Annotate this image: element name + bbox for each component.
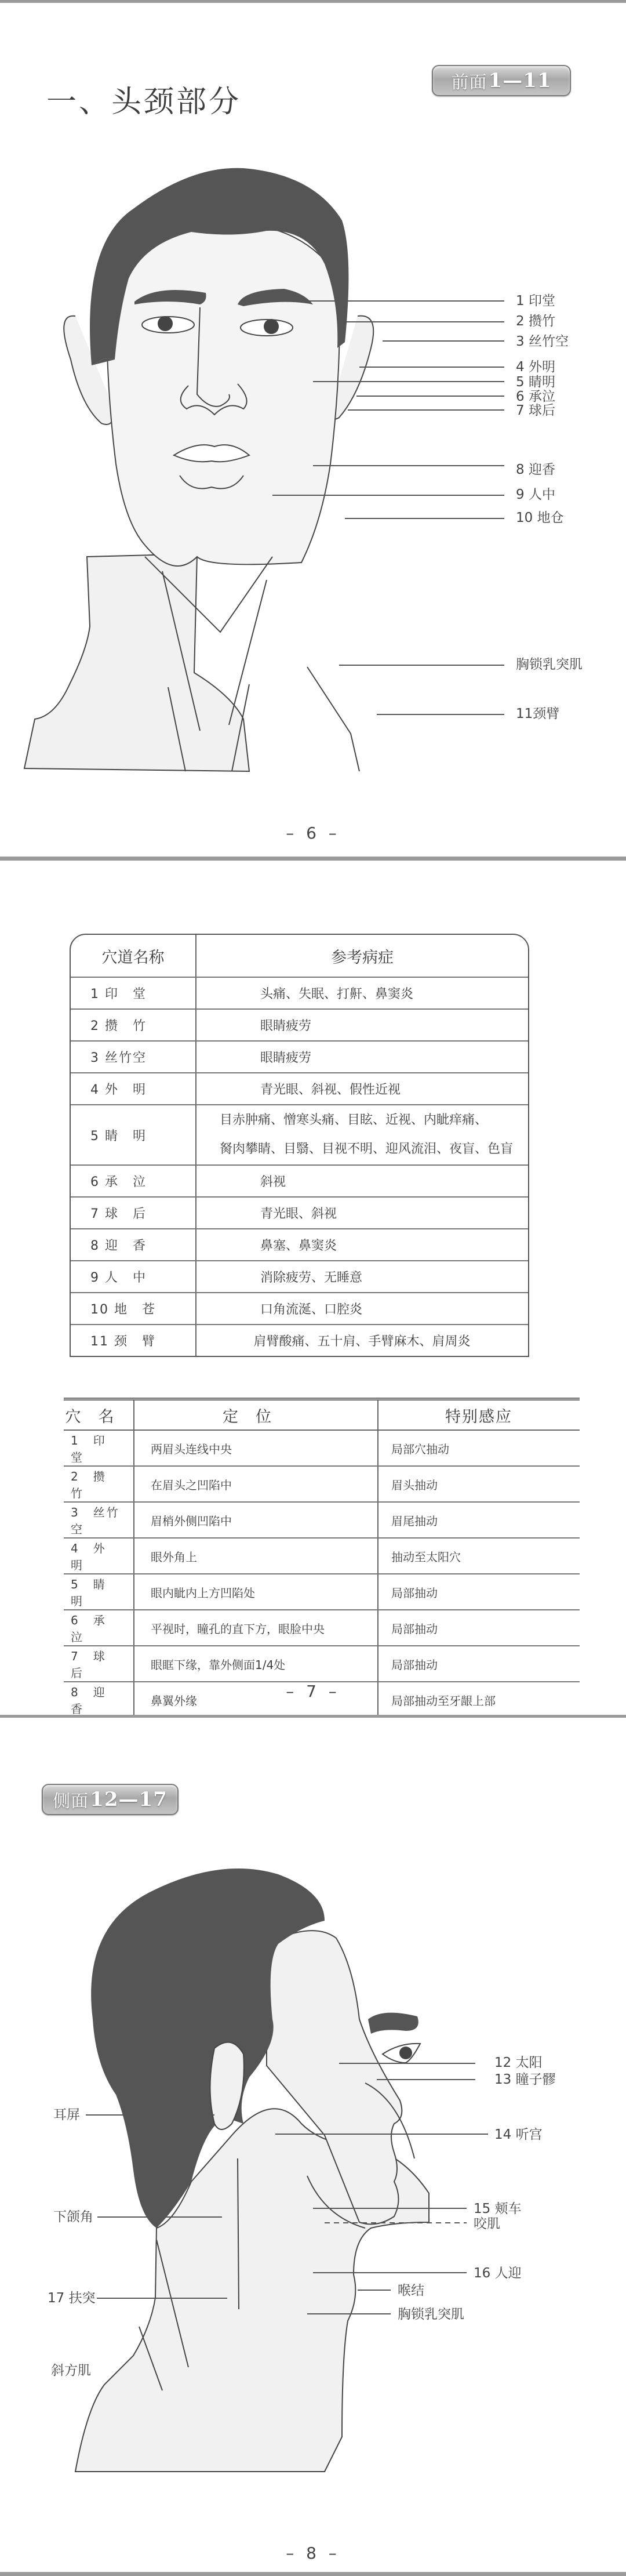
leader-line: [359, 367, 504, 368]
point-name: 5 睛 明: [71, 1105, 196, 1165]
table-row: 7 球 后眼眶下缘，靠外侧面1/4处局部抽动: [64, 1646, 580, 1682]
sensation: 抽动至太阳穴: [378, 1538, 580, 1574]
symptoms-line-1: 目赤肿痛、憎寒头痛、目眩、近视、内眦痒痛、: [220, 1106, 527, 1135]
column-header-point: 穴名: [64, 1401, 134, 1430]
location: 眼内眦内上方凹陷处: [134, 1574, 378, 1610]
point-name: 7 球 后: [64, 1646, 134, 1682]
leader-line: [313, 2272, 467, 2273]
leader-line: [345, 518, 504, 519]
point-label-1: 1 印堂: [516, 295, 555, 308]
reference-symptoms-table: 穴道名称 参考病症 1 印 堂头痛、失眠、打鼾、鼻窦炎 2 攒 竹眼睛疲劳 3 …: [70, 934, 529, 1357]
point-name: 4 外 明: [64, 1538, 134, 1574]
page-7: 穴道名称 参考病症 1 印 堂头痛、失眠、打鼾、鼻窦炎 2 攒 竹眼睛疲劳 3 …: [0, 862, 626, 1718]
table-row: 7 球 后青光眼、斜视: [71, 1197, 528, 1229]
side-face-illustration: [0, 1718, 626, 2576]
column-header-point-name: 穴道名称: [71, 935, 196, 977]
table-row: 2 攒 竹在眉头之凹陷中眉头抽动: [64, 1466, 580, 1502]
symptoms-multiline: 目赤肿痛、憎寒头痛、目眩、近视、内眦痒痛、 胬肉攀睛、目翳、目视不明、迎风流泪、…: [196, 1105, 528, 1165]
location: 眼眶下缘，靠外侧面1/4处: [134, 1646, 378, 1682]
symptoms: 眼睛疲劳: [196, 1041, 528, 1073]
symptoms: 消除疲劳、无睡意: [196, 1261, 528, 1293]
sensation: 眉头抽动: [378, 1466, 580, 1502]
table-row: 8 迎 香鼻塞、鼻窦炎: [71, 1229, 528, 1261]
point-label-6: 6 承泣: [516, 390, 555, 404]
leader-line: [358, 2290, 391, 2291]
sensation: 局部抽动: [378, 1610, 580, 1646]
leader-line: [275, 2134, 488, 2135]
muscle-label-masseter: 咬肌: [474, 2218, 500, 2231]
page-number: – 6 –: [0, 823, 626, 843]
point-name: 10 地 苍: [71, 1293, 196, 1325]
leader-line: [313, 2208, 467, 2209]
point-label-3: 3 丝竹空: [516, 335, 569, 349]
sensation: 局部抽动: [378, 1646, 580, 1682]
point-label-17: 17 扶突: [48, 2292, 96, 2305]
location: 眉梢外侧凹陷中: [134, 1502, 378, 1538]
table-row: 2 攒 竹眼睛疲劳: [71, 1009, 528, 1041]
table-row: 11 颈 臂肩臂酸痛、五十肩、手臂麻木、肩周炎: [71, 1325, 528, 1356]
point-label-7: 7 球后: [516, 404, 555, 418]
table-row: 1 印 堂两眉头连线中央局部穴抽动: [64, 1430, 580, 1466]
table-header-row: 穴名 定位 特别感应: [64, 1401, 580, 1430]
table-row: 6 承 泣斜视: [71, 1165, 528, 1197]
page-6: 一、头颈部分 前面 1—11: [0, 0, 626, 862]
point-label-2: 2 攒竹: [516, 315, 555, 328]
point-label-8: 8 迎香: [516, 463, 555, 477]
point-name: 7 球 后: [71, 1197, 196, 1229]
leader-line: [86, 2114, 214, 2116]
symptoms: 头痛、失眠、打鼾、鼻窦炎: [196, 977, 528, 1009]
point-label-4: 4 外明: [516, 361, 555, 374]
column-header-sensation: 特别感应: [378, 1401, 580, 1430]
muscle-label-scm: 胸锁乳突肌: [516, 658, 583, 672]
point-label-13: 13 瞳子髎: [494, 2073, 556, 2087]
leader-line: [383, 340, 504, 342]
sensation: 眉尾抽动: [378, 1502, 580, 1538]
table-row: 9 人 中消除疲劳、无睡意: [71, 1261, 528, 1293]
point-name: 6 承 泣: [64, 1610, 134, 1646]
leader-line: [97, 2216, 222, 2218]
symptoms: 眼睛疲劳: [196, 1009, 528, 1041]
point-label-15: 15 颊车: [474, 2203, 522, 2216]
leader-line: [313, 465, 504, 466]
point-label-9: 9 人中: [516, 488, 555, 502]
table-row: 3 丝竹空眼睛疲劳: [71, 1041, 528, 1073]
point-name: 1 印 堂: [64, 1430, 134, 1466]
table-row: 5 睛 明眼内眦内上方凹陷处局部抽动: [64, 1574, 580, 1610]
point-name: 1 印 堂: [71, 977, 196, 1009]
symptoms: 斜视: [196, 1165, 528, 1197]
table-row: 6 承 泣平视时，瞳孔的直下方，眼脸中央局部抽动: [64, 1610, 580, 1646]
table-row: 5 睛 明 目赤肿痛、憎寒头痛、目眩、近视、内眦痒痛、 胬肉攀睛、目翳、目视不明…: [71, 1105, 528, 1165]
leader-line: [307, 2313, 391, 2314]
location: 两眉头连线中央: [134, 1430, 378, 1466]
point-label-5: 5 睛明: [516, 376, 555, 389]
leader-line: [97, 2298, 227, 2299]
point-name: 4 外 明: [71, 1073, 196, 1105]
leader-line-dashed: [325, 2222, 467, 2223]
anatomy-label-tragus: 耳屏: [53, 2109, 80, 2122]
table-row: 3 丝竹空眉梢外侧凹陷中眉尾抽动: [64, 1502, 580, 1538]
symptoms: 肩臂酸痛、五十肩、手臂麻木、肩周炎: [196, 1325, 528, 1356]
leader-line: [339, 2063, 475, 2064]
page-divider: [0, 2572, 626, 2576]
leader-line: [342, 321, 504, 322]
table-row: 4 外 明青光眼、斜视、假性近视: [71, 1073, 528, 1105]
point-label-14: 14 听宫: [494, 2128, 543, 2142]
muscle-label-scm: 胸锁乳突肌: [398, 2308, 464, 2321]
anatomy-label-jaw-angle: 下颌角: [53, 2211, 93, 2224]
point-name: 6 承 泣: [71, 1165, 196, 1197]
leader-line: [377, 714, 504, 715]
point-label-11: 11颈臂: [516, 708, 559, 721]
point-name: 2 攒 竹: [64, 1466, 134, 1502]
point-name: 2 攒 竹: [71, 1009, 196, 1041]
table-row: 10 地 苍口角流涎、口腔炎: [71, 1293, 528, 1325]
sensation: 局部穴抽动: [378, 1430, 580, 1466]
leader-line: [313, 381, 504, 382]
leader-line: [356, 396, 504, 397]
page-number: – 7 –: [0, 1682, 626, 1701]
anatomy-label-adams-apple: 喉结: [398, 2284, 424, 2298]
leader-line: [377, 2079, 475, 2080]
table-row: 1 印 堂头痛、失眠、打鼾、鼻窦炎: [71, 977, 528, 1009]
point-name: 3 丝竹空: [71, 1041, 196, 1073]
point-name: 5 睛 明: [64, 1574, 134, 1610]
column-header-symptoms: 参考病症: [196, 935, 528, 977]
leader-line: [272, 495, 504, 496]
column-header-location: 定位: [134, 1401, 378, 1430]
leader-line: [339, 665, 504, 666]
front-face-illustration: [0, 0, 626, 862]
page-divider: [0, 857, 626, 861]
point-label-12: 12 太阳: [494, 2056, 543, 2070]
point-name: 3 丝竹空: [64, 1502, 134, 1538]
location: 平视时，瞳孔的直下方，眼脸中央: [134, 1610, 378, 1646]
page-number: – 8 –: [0, 2544, 626, 2563]
table-header-row: 穴道名称 参考病症: [71, 935, 528, 977]
location: 在眉头之凹陷中: [134, 1466, 378, 1502]
leader-line: [348, 409, 504, 411]
sensation: 局部抽动: [378, 1574, 580, 1610]
symptoms: 青光眼、斜视: [196, 1197, 528, 1229]
point-label-16: 16 人迎: [474, 2267, 522, 2280]
muscle-label-trapezius: 斜方肌: [51, 2364, 91, 2378]
location: 眼外角上: [134, 1538, 378, 1574]
symptoms: 鼻塞、鼻窦炎: [196, 1229, 528, 1261]
point-name: 9 人 中: [71, 1261, 196, 1293]
symptoms: 青光眼、斜视、假性近视: [196, 1073, 528, 1105]
point-name: 8 迎 香: [71, 1229, 196, 1261]
page-8: 侧面 12—17 12 太阳 13 瞳子髎 14 听宫 15 颊车 咬肌 16 …: [0, 1718, 626, 2576]
point-label-10: 10 地仓: [516, 511, 564, 525]
symptoms-line-2: 胬肉攀睛、目翳、目视不明、迎风流泪、夜盲、色盲: [220, 1135, 527, 1164]
leader-line: [293, 300, 504, 302]
symptoms: 口角流涎、口腔炎: [196, 1293, 528, 1325]
point-name: 11 颈 臂: [71, 1325, 196, 1356]
table-row: 4 外 明眼外角上抽动至太阳穴: [64, 1538, 580, 1574]
